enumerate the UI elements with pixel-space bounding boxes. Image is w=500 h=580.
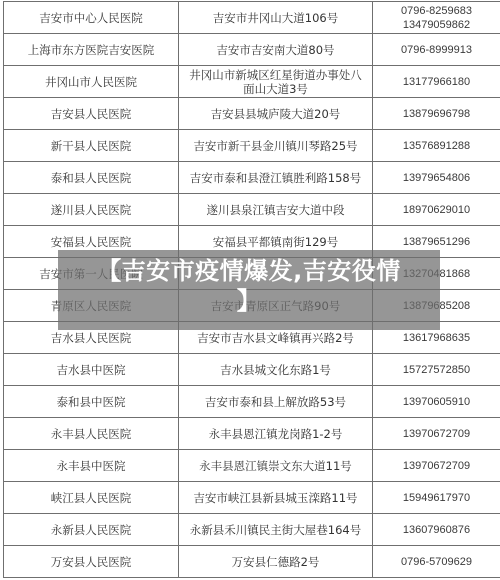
hospital-name-cell: 泰和县人民医院 xyxy=(4,162,179,194)
phone-number: 0796-8259683 xyxy=(375,4,498,18)
phone-cell: 15727572850 xyxy=(373,354,500,386)
hospital-name-cell: 井冈山市人民医院 xyxy=(4,66,179,98)
address-cell: 吉安市井冈山大道106号 xyxy=(179,2,373,34)
hospital-name-cell: 新干县人民医院 xyxy=(4,130,179,162)
address-cell: 吉安市吉安南大道80号 xyxy=(179,34,373,66)
phone-number: 13970605910 xyxy=(375,395,498,409)
phone-cell: 0796-5709629 xyxy=(373,546,500,578)
hospital-name-cell: 遂川县人民医院 xyxy=(4,194,179,226)
hospital-name-cell: 永丰县中医院 xyxy=(4,450,179,482)
phone-cell: 0796-8999913 xyxy=(373,34,500,66)
table-row: 泰和县中医院吉安市泰和县上解放路53号13970605910 xyxy=(4,386,500,418)
address-line: 面山大道3号 xyxy=(181,82,370,96)
table-row: 永丰县中医院永丰县恩江镇崇文东大道11号13970672709 xyxy=(4,450,500,482)
hospital-name-cell: 吉安市中心人民医院 xyxy=(4,2,179,34)
table-row: 井冈山市人民医院井冈山市新城区红星街道办事处八面山大道3号13177966180 xyxy=(4,66,500,98)
address-cell: 吉安市新干县金川镇川琴路25号 xyxy=(179,130,373,162)
address-cell: 吉安县县城庐陵大道20号 xyxy=(179,98,373,130)
phone-number: 0796-5709629 xyxy=(375,555,498,569)
phone-number: 15727572850 xyxy=(375,363,498,377)
address-cell: 吉水县城文化东路1号 xyxy=(179,354,373,386)
phone-number: 13970672709 xyxy=(375,459,498,473)
phone-cell: 13970605910 xyxy=(373,386,500,418)
hospital-name-cell: 永新县人民医院 xyxy=(4,514,179,546)
title-overlay-banner: 【吉安市疫情爆发,吉安役情 】 xyxy=(58,250,440,330)
table-row: 遂川县人民医院遂川县泉江镇吉安大道中段18970629010 xyxy=(4,194,500,226)
phone-number: 13979654806 xyxy=(375,171,498,185)
table-row: 吉安市中心人民医院吉安市井冈山大道106号0796-82596831347905… xyxy=(4,2,500,34)
table-row: 上海市东方医院吉安医院吉安市吉安南大道80号0796-8999913 xyxy=(4,34,500,66)
table-row: 永丰县人民医院永丰县恩江镇龙岗路1-2号13970672709 xyxy=(4,418,500,450)
hospital-name-cell: 泰和县中医院 xyxy=(4,386,179,418)
phone-cell: 18970629010 xyxy=(373,194,500,226)
hospital-name-cell: 上海市东方医院吉安医院 xyxy=(4,34,179,66)
table-row: 吉水县中医院吉水县城文化东路1号15727572850 xyxy=(4,354,500,386)
phone-cell: 13177966180 xyxy=(373,66,500,98)
phone-number: 13479059862 xyxy=(375,18,498,32)
phone-number: 13879696798 xyxy=(375,107,498,121)
phone-number: 15949617970 xyxy=(375,491,498,505)
phone-cell: 0796-825968313479059862 xyxy=(373,2,500,34)
phone-cell: 13576891288 xyxy=(373,130,500,162)
table-row: 新干县人民医院吉安市新干县金川镇川琴路25号13576891288 xyxy=(4,130,500,162)
table-row: 万安县人民医院万安县仁德路2号0796-5709629 xyxy=(4,546,500,578)
address-cell: 永新县禾川镇民主街大屋巷164号 xyxy=(179,514,373,546)
address-cell: 万安县仁德路2号 xyxy=(179,546,373,578)
address-cell: 永丰县恩江镇崇文东大道11号 xyxy=(179,450,373,482)
address-cell: 井冈山市新城区红星街道办事处八面山大道3号 xyxy=(179,66,373,98)
phone-number: 13617968635 xyxy=(375,331,498,345)
phone-number: 13177966180 xyxy=(375,75,498,89)
address-cell: 遂川县泉江镇吉安大道中段 xyxy=(179,194,373,226)
phone-number: 13576891288 xyxy=(375,139,498,153)
table-row: 吉安县人民医院吉安县县城庐陵大道20号13879696798 xyxy=(4,98,500,130)
address-cell: 吉安市泰和县澄江镇胜利路158号 xyxy=(179,162,373,194)
phone-cell: 13879696798 xyxy=(373,98,500,130)
hospital-name-cell: 吉水县中医院 xyxy=(4,354,179,386)
address-cell: 吉安市泰和县上解放路53号 xyxy=(179,386,373,418)
phone-cell: 13979654806 xyxy=(373,162,500,194)
title-line-1: 【吉安市疫情爆发,吉安役情 xyxy=(58,256,440,286)
phone-number: 0796-8999913 xyxy=(375,43,498,57)
table-row: 泰和县人民医院吉安市泰和县澄江镇胜利路158号13979654806 xyxy=(4,162,500,194)
phone-cell: 13970672709 xyxy=(373,450,500,482)
hospital-name-cell: 峡江县人民医院 xyxy=(4,482,179,514)
phone-number: 13607960876 xyxy=(375,523,498,537)
hospital-name-cell: 万安县人民医院 xyxy=(4,546,179,578)
address-line: 井冈山市新城区红星街道办事处八 xyxy=(181,68,370,82)
phone-cell: 13970672709 xyxy=(373,418,500,450)
phone-cell: 13607960876 xyxy=(373,514,500,546)
address-cell: 吉安市峡江县新县城玉滦路11号 xyxy=(179,482,373,514)
hospital-name-cell: 永丰县人民医院 xyxy=(4,418,179,450)
phone-number: 18970629010 xyxy=(375,203,498,217)
phone-cell: 15949617970 xyxy=(373,482,500,514)
table-row: 峡江县人民医院吉安市峡江县新县城玉滦路11号15949617970 xyxy=(4,482,500,514)
title-line-2: 】 xyxy=(58,286,440,316)
phone-number: 13879651296 xyxy=(375,235,498,249)
hospital-name-cell: 吉安县人民医院 xyxy=(4,98,179,130)
phone-number: 13970672709 xyxy=(375,427,498,441)
address-cell: 永丰县恩江镇龙岗路1-2号 xyxy=(179,418,373,450)
title-overlay-text: 【吉安市疫情爆发,吉安役情 】 xyxy=(58,256,440,316)
table-row: 永新县人民医院永新县禾川镇民主街大屋巷164号13607960876 xyxy=(4,514,500,546)
